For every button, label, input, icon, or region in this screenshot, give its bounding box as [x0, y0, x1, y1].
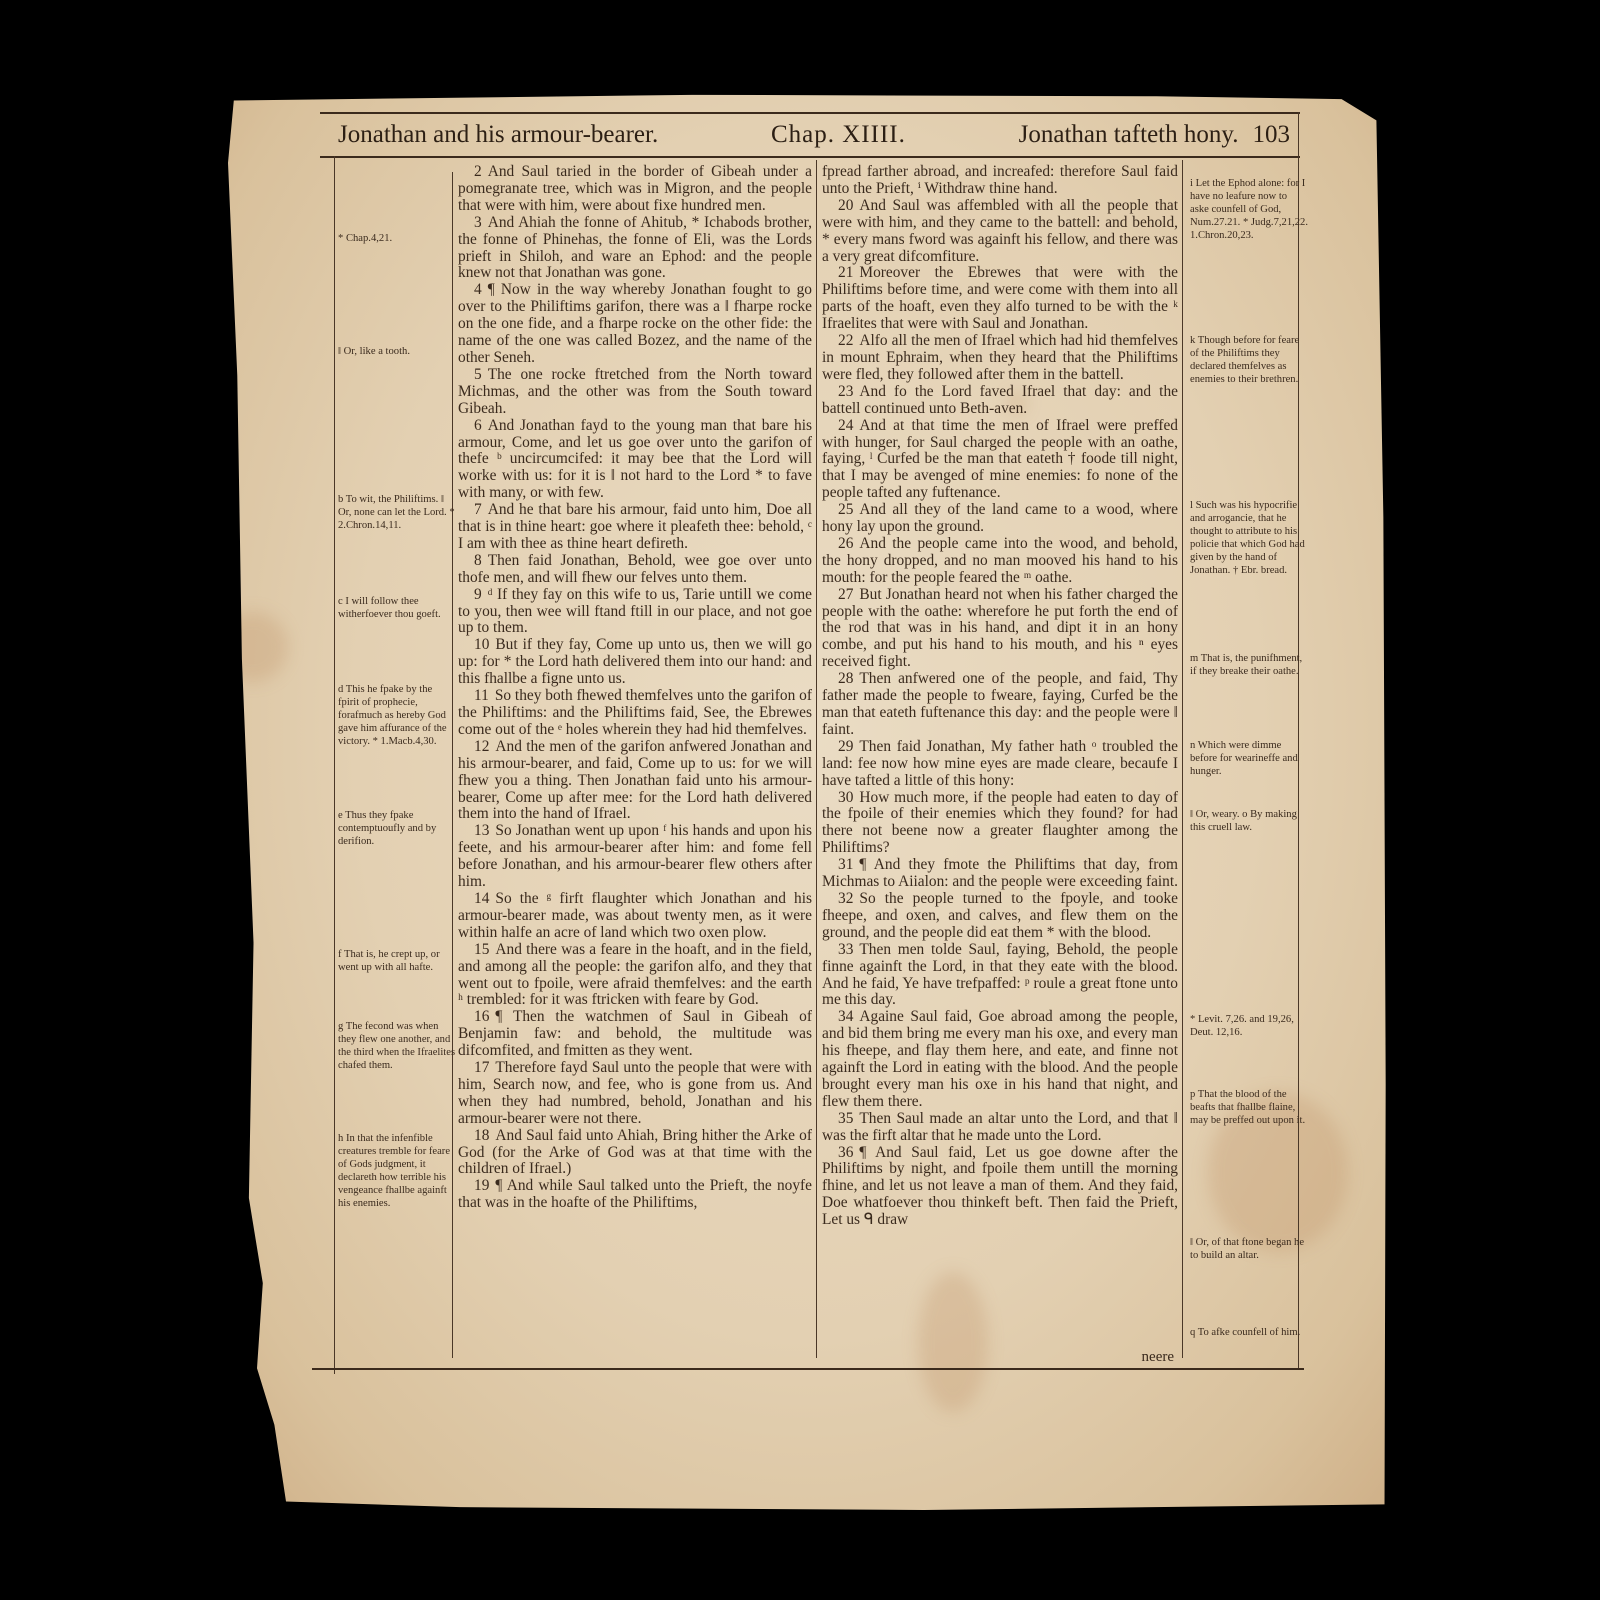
verse-text: Then men tolde Saul, faying, Behold, the… — [822, 941, 1178, 1009]
margin-note: f That is, he crept up, or went up with … — [338, 948, 456, 974]
margin-note: * Levit. 7,26. and 19,26, Deut. 12,16. — [1190, 1013, 1308, 1039]
verse-number: 14 — [474, 890, 489, 907]
verse-text: Then anfwered one of the people, and fai… — [822, 670, 1178, 738]
verse-number: 21 — [838, 264, 853, 281]
verse-number: 23 — [838, 383, 853, 400]
verse-text: Then faid Jonathan, My father hath ᵒ tro… — [822, 738, 1178, 789]
verse: 4¶ Now in the way whereby Jonathan fough… — [458, 282, 812, 367]
verse-number: 28 — [838, 670, 853, 687]
verse: 16¶ Then the watchmen of Saul in Gibeah … — [458, 1009, 812, 1060]
verse: 14So the ᵍ firft flaughter which Jonatha… — [458, 891, 812, 942]
verse: 17Therefore fayd Saul unto the people th… — [458, 1060, 812, 1128]
verse: 10But if they fay, Come up unto us, then… — [458, 637, 812, 688]
margin-note: d This he fpake by the fpirit of prophec… — [338, 683, 456, 748]
verse: 19¶ And while Saul talked unto the Prief… — [458, 1178, 812, 1212]
verse-text: But Jonathan heard not when his father c… — [822, 586, 1178, 671]
verse-number: 22 — [838, 332, 853, 349]
verse-number: 6 — [474, 417, 482, 434]
verse-text: And the people came into the wood, and b… — [822, 535, 1178, 586]
verse-number: 20 — [838, 197, 853, 214]
verse: 18And Saul faid unto Ahiah, Bring hither… — [458, 1128, 812, 1179]
verse-text: fpread farther abroad, and increafed: th… — [822, 163, 1178, 197]
verse-number: 17 — [474, 1059, 489, 1076]
margin-note: l Such was his hypocrifie and arrogancie… — [1190, 499, 1308, 577]
verse: 15And there was a feare in the hoaft, an… — [458, 942, 812, 1010]
verse-number: 2 — [474, 163, 482, 180]
verse: 30How much more, if the people had eaten… — [822, 790, 1178, 858]
edge-stain — [218, 612, 288, 682]
verse-number: 5 — [474, 366, 482, 383]
right-column-rule — [1182, 160, 1183, 1358]
verse-text: And at that time the men of Ifrael were … — [822, 417, 1178, 502]
margin-note: k Though before for feare of the Philift… — [1190, 334, 1308, 386]
verse-number: 4 — [474, 281, 482, 298]
margin-note: q To afke counfell of him. — [1190, 1326, 1308, 1339]
verse-text: Then Saul made an altar unto the Lord, a… — [822, 1110, 1178, 1144]
verse-number: 19 — [474, 1177, 489, 1194]
margin-note: m That is, the punifhment, if they break… — [1190, 652, 1308, 678]
bottom-rule — [312, 1368, 1304, 1370]
verse-text: Therefore fayd Saul unto the people that… — [458, 1059, 812, 1127]
verse: 12And the men of the garifon anfwered Jo… — [458, 739, 812, 824]
verse-text: And Ahiah the fonne of Ahitub, * Ichabod… — [458, 214, 812, 282]
verse-number: 24 — [838, 417, 853, 434]
margin-note: i Let the Ephod alone: for I have no lea… — [1190, 177, 1308, 242]
margin-note: ‖ Or, of that ftone began he to build an… — [1190, 1236, 1308, 1262]
page-frame: Jonathan and his armour-bearer. Chap. XI… — [320, 112, 1300, 1370]
verse-number: 18 — [474, 1127, 489, 1144]
verse-number: 3 — [474, 214, 482, 231]
verse: 34Againe Saul faid, Goe abroad among the… — [822, 1009, 1178, 1110]
verse: 35Then Saul made an altar unto the Lord,… — [822, 1111, 1178, 1145]
verse-number: 27 — [838, 586, 853, 603]
verse: 3And Ahiah the fonne of Ahitub, * Ichabo… — [458, 215, 812, 283]
catchword: neere — [1142, 1349, 1174, 1366]
margin-note: b To wit, the Philiftims. ‖ Or, none can… — [338, 493, 456, 532]
verse-number: 32 — [838, 890, 853, 907]
verse-text: Againe Saul faid, Goe abroad among the p… — [822, 1008, 1178, 1110]
verse-text: And there was a feare in the hoaft, and … — [458, 941, 812, 1009]
head-rule — [320, 156, 1300, 158]
verse-text: ¶ And while Saul talked unto the Prieft,… — [458, 1177, 812, 1211]
verse-text: Alfo all the men of Ifrael which had hid… — [822, 332, 1178, 383]
verse: 8Then faid Jonathan, Behold, wee goe ove… — [458, 553, 812, 587]
verse: 5The one rocke ftretched from the North … — [458, 367, 812, 418]
verse-text: And Saul faid unto Ahiah, Bring hither t… — [458, 1127, 812, 1178]
margin-note: p That the blood of the beafts that fhal… — [1190, 1088, 1308, 1127]
verse: 32So the people turned to the fpoyle, an… — [822, 891, 1178, 942]
verse-text: And Jonathan fayd to the young man that … — [458, 417, 812, 502]
right-text-column: fpread farther abroad, and increafed: th… — [822, 164, 1178, 1229]
verse-text: ¶ And they fmote the Philiftims that day… — [822, 856, 1178, 890]
verse: 22Alfo all the men of Ifrael which had h… — [822, 333, 1178, 384]
verse-number: 36 — [838, 1144, 853, 1161]
verse-text: ¶ And Saul faid, Let us goe downe after … — [822, 1144, 1178, 1229]
verse-text: But if they fay, Come up unto us, then w… — [458, 636, 812, 687]
verse-number: 10 — [474, 636, 489, 653]
verse: 2And Saul taried in the border of Gibeah… — [458, 164, 812, 215]
margin-note: e Thus they fpake contemptuoufly and by … — [338, 809, 456, 848]
verse-text: ¶ Now in the way whereby Jonathan fought… — [458, 281, 812, 366]
verse-text: So Jonathan went up upon ᶠ his hands and… — [458, 822, 812, 890]
verse: 27But Jonathan heard not when his father… — [822, 587, 1178, 672]
verse: 11So they both fhewed themfelves unto th… — [458, 688, 812, 739]
verse-text: And all they of the land came to a wood,… — [822, 501, 1178, 535]
verse-text: And Saul taried in the border of Gibeah … — [458, 163, 812, 214]
left-margin-rule — [334, 156, 335, 1374]
verse: 24And at that time the men of Ifrael wer… — [822, 418, 1178, 503]
verse: 26And the people came into the wood, and… — [822, 536, 1178, 587]
verse-text: ᵈ If they fay on this wife to us, Tarie … — [458, 586, 812, 637]
margin-note: g The fecond was when they flew one anot… — [338, 1020, 456, 1072]
verse-text: So the people turned to the fpoyle, and … — [822, 890, 1178, 941]
verse-text: So they both fhewed themfelves unto the … — [458, 687, 812, 738]
verse: 29Then faid Jonathan, My father hath ᵒ t… — [822, 739, 1178, 790]
verse-number: 33 — [838, 941, 853, 958]
verse: 7And he that bare his armour, faid unto … — [458, 502, 812, 553]
center-column-rule — [816, 160, 817, 1358]
verse: 33Then men tolde Saul, faying, Behold, t… — [822, 942, 1178, 1010]
verse-number: 31 — [838, 856, 853, 873]
verse-text: Then faid Jonathan, Behold, wee goe over… — [458, 552, 812, 586]
verse: 13So Jonathan went up upon ᶠ his hands a… — [458, 823, 812, 891]
verse-number: 13 — [474, 822, 489, 839]
verse-text: Moreover the Ebrewes that were with the … — [822, 264, 1178, 332]
verse: 36¶ And Saul faid, Let us goe downe afte… — [822, 1145, 1178, 1230]
verse-text: The one rocke ftretched from the North t… — [458, 366, 812, 417]
verse: 20And Saul was affembled with all the pe… — [822, 198, 1178, 266]
verse-number: 8 — [474, 552, 482, 569]
verse-number: 30 — [838, 789, 853, 806]
left-text-column: 2And Saul taried in the border of Gibeah… — [458, 164, 812, 1212]
verse-number: 34 — [838, 1008, 853, 1025]
verse: fpread farther abroad, and increafed: th… — [822, 164, 1178, 198]
left-margin-notes: * Chap.4,21.‖ Or, like a tooth.b To wit,… — [338, 112, 456, 1370]
margin-note: h In that the infenfible creatures tremb… — [338, 1132, 456, 1210]
verse: 25And all they of the land came to a woo… — [822, 502, 1178, 536]
verse-text: And Saul was affembled with all the peop… — [822, 197, 1178, 265]
verse-number: 26 — [838, 535, 853, 552]
verse-text: And fo the Lord faved Ifrael that day: a… — [822, 383, 1178, 417]
verse: 6And Jonathan fayd to the young man that… — [458, 418, 812, 503]
verse-number: 16 — [474, 1008, 489, 1025]
verse-number: 25 — [838, 501, 853, 518]
top-rule — [320, 112, 1300, 114]
running-head: Jonathan and his armour-bearer. Chap. XI… — [338, 116, 1290, 154]
verse-text: And he that bare his armour, faid unto h… — [458, 501, 812, 552]
verse-number: 15 — [474, 941, 489, 958]
verse: 21Moreover the Ebrewes that were with th… — [822, 265, 1178, 333]
right-margin-notes: i Let the Ephod alone: for I have no lea… — [1190, 112, 1298, 1370]
verse-number: 7 — [474, 501, 482, 518]
verse-text: And the men of the garifon anfwered Jona… — [458, 738, 812, 823]
margin-note: * Chap.4,21. — [338, 232, 456, 245]
verse-text: How much more, if the people had eaten t… — [822, 789, 1178, 857]
verse: 28Then anfwered one of the people, and f… — [822, 671, 1178, 739]
margin-note: ‖ Or, like a tooth. — [338, 345, 456, 358]
margin-note: ‖ Or, weary. o By making this cruell law… — [1190, 808, 1308, 834]
verse-number: 29 — [838, 738, 853, 755]
verse-number: 35 — [838, 1110, 853, 1127]
verse-number: 9 — [474, 586, 482, 603]
verse-number: 11 — [474, 687, 489, 704]
verse-text: ¶ Then the watchmen of Saul in Gibeah of… — [458, 1008, 812, 1059]
verse-text: So the ᵍ firft flaughter which Jonathan … — [458, 890, 812, 941]
verse: 23And fo the Lord faved Ifrael that day:… — [822, 384, 1178, 418]
margin-note: n Which were dimme before for wearineffe… — [1190, 739, 1308, 778]
verse-number: 12 — [474, 738, 489, 755]
margin-note: c I will follow thee witherfoever thou g… — [338, 595, 456, 621]
verse: 31¶ And they fmote the Philiftims that d… — [822, 857, 1178, 891]
verse: 9ᵈ If they fay on this wife to us, Tarie… — [458, 587, 812, 638]
chapter-heading: Chap. XIIII. — [771, 121, 906, 149]
